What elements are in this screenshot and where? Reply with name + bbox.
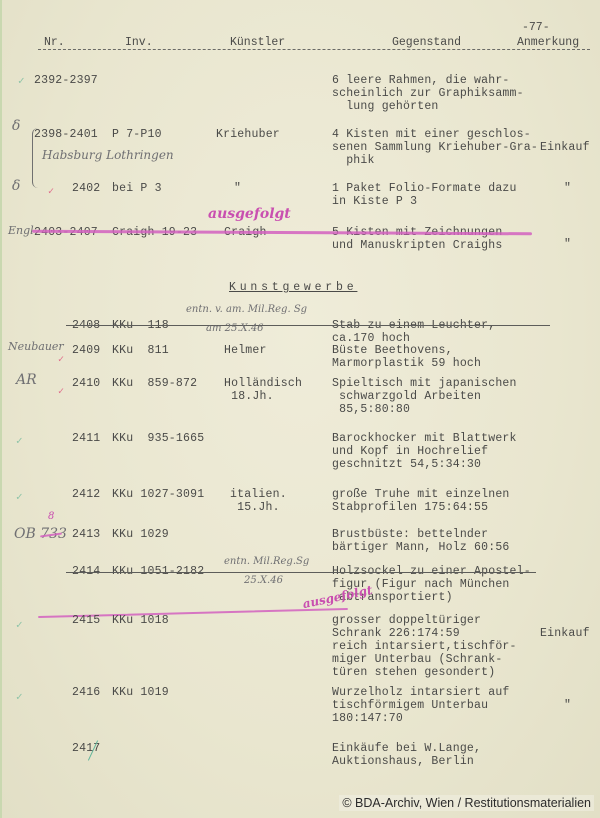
page-number: -77-: [522, 21, 550, 34]
copyright-notice: © BDA-Archiv, Wien / Restitutionsmateria…: [339, 795, 594, 811]
row-inv: KKu 1019: [112, 686, 169, 699]
strike-line: [66, 572, 536, 573]
row-kuenstler: ": [234, 182, 241, 195]
row-gegenstand: 4 Kisten mit einer geschlos- senen Samml…: [332, 128, 538, 167]
row-gegenstand: Brustbüste: bettelnder bärtiger Mann, Ho…: [332, 528, 510, 554]
row-gegenstand: Barockhocker mit Blattwerk und Kopf in H…: [332, 432, 517, 471]
header-gegenstand: Gegenstand: [392, 36, 461, 49]
row-inv: KKu 811: [112, 344, 169, 357]
row-anmerkung: ": [564, 182, 571, 195]
row-kuenstler: Kriehuber: [216, 128, 280, 141]
check-mark-icon: ✓: [58, 386, 64, 398]
row-gegenstand: 1 Paket Folio-Formate dazu in Kiste P 3: [332, 182, 517, 208]
handwritten-engl: Engl: [8, 224, 34, 237]
row-inv: KKu 859-872: [112, 377, 197, 390]
row-gegenstand: 5 Kisten mit Zeichnungen und Manuskripte…: [332, 226, 502, 252]
row-inv: P 7-P10: [112, 128, 162, 141]
row-inv: bei P 3: [112, 182, 162, 195]
handwritten-date: am 25.X.46: [206, 323, 264, 334]
header-anmerkung: Anmerkung: [517, 36, 579, 49]
row-gegenstand: große Truhe mit einzelnen Stabprofilen 1…: [332, 488, 510, 514]
handwritten-date: 25.X.46: [244, 575, 283, 586]
row-gegenstand: Stab zu einem Leuchter, ca.170 hoch: [332, 319, 495, 345]
strike-line: [66, 325, 550, 326]
row-anmerkung: ": [564, 699, 571, 712]
row-inv: KKu 1029: [112, 528, 169, 541]
row-gegenstand: 6 leere Rahmen, die wahr- scheinlich zur…: [332, 74, 524, 113]
row-gegenstand: Büste Beethovens, Marmorplastik 59 hoch: [332, 344, 481, 370]
header-nr: Nr.: [44, 36, 65, 49]
margin-mark-handwritten: δ: [12, 178, 20, 194]
handwritten-ausgefolgt: ausgefolgt: [208, 206, 291, 222]
row-anmerkung: Einkauf: [540, 141, 590, 154]
row-nr: 2416: [72, 686, 100, 699]
header-inv: Inv.: [125, 36, 153, 49]
row-gegenstand: Wurzelholz intarsiert auf tischförmigem …: [332, 686, 510, 725]
row-nr: 2392-2397: [34, 74, 98, 87]
section-title: Kunstgewerbe: [229, 281, 357, 294]
check-mark-icon: ✓: [48, 186, 54, 198]
row-kuenstler: Holländisch 18.Jh.: [224, 377, 302, 403]
row-kuenstler: italien. 15.Jh.: [230, 488, 287, 514]
row-gegenstand: grosser doppeltüriger Schrank 226:174:59…: [332, 614, 517, 679]
check-mark-icon: ✓: [16, 690, 23, 704]
row-kuenstler: Helmer: [224, 344, 267, 357]
row-nr: 2411: [72, 432, 100, 445]
handwritten-entnommen: entn. v. am. Mil.Reg. Sg: [186, 304, 307, 315]
row-nr: 2415: [72, 614, 100, 627]
check-mark-icon: ✓: [58, 354, 64, 366]
handwritten-correction: 8: [48, 511, 54, 522]
row-nr: 2398-2401: [34, 128, 98, 141]
check-mark-icon: ✓: [16, 490, 23, 504]
row-inv: KKu 935-1665: [112, 432, 204, 445]
row-nr: 2409: [72, 344, 100, 357]
row-inv: KKu 1018: [112, 614, 169, 627]
handwritten-neubauer: Neubauer: [8, 340, 64, 353]
row-nr: 2412: [72, 488, 100, 501]
row-inv: KKu 1027-3091: [112, 488, 204, 501]
row-gegenstand: Spieltisch mit japanischen schwarzgold A…: [332, 377, 517, 416]
row-anmerkung: Einkauf: [540, 627, 590, 640]
handwritten-ar: AR: [16, 372, 37, 388]
check-mark-icon: ✓: [16, 434, 23, 448]
row-nr: 2410: [72, 377, 100, 390]
margin-mark-handwritten: δ: [12, 118, 20, 134]
handwritten-habsburg: Habsburg Lothringen: [42, 148, 174, 162]
check-mark-icon: ✓: [18, 74, 25, 88]
header-rule: [38, 49, 590, 50]
document-page: -77- Nr. Inv. Künstler Gegenstand Anmerk…: [0, 0, 600, 818]
check-mark-icon: ✓: [16, 618, 23, 632]
header-kuenstler: Künstler: [230, 36, 285, 49]
row-nr: 2402: [72, 182, 100, 195]
row-gegenstand: Einkäufe bei W.Lange, Auktionshaus, Berl…: [332, 742, 481, 768]
handwritten-entnommen: entn. Mil.Reg.Sg: [224, 556, 309, 567]
row-anmerkung: ": [564, 238, 571, 251]
row-nr: 2413: [72, 528, 100, 541]
